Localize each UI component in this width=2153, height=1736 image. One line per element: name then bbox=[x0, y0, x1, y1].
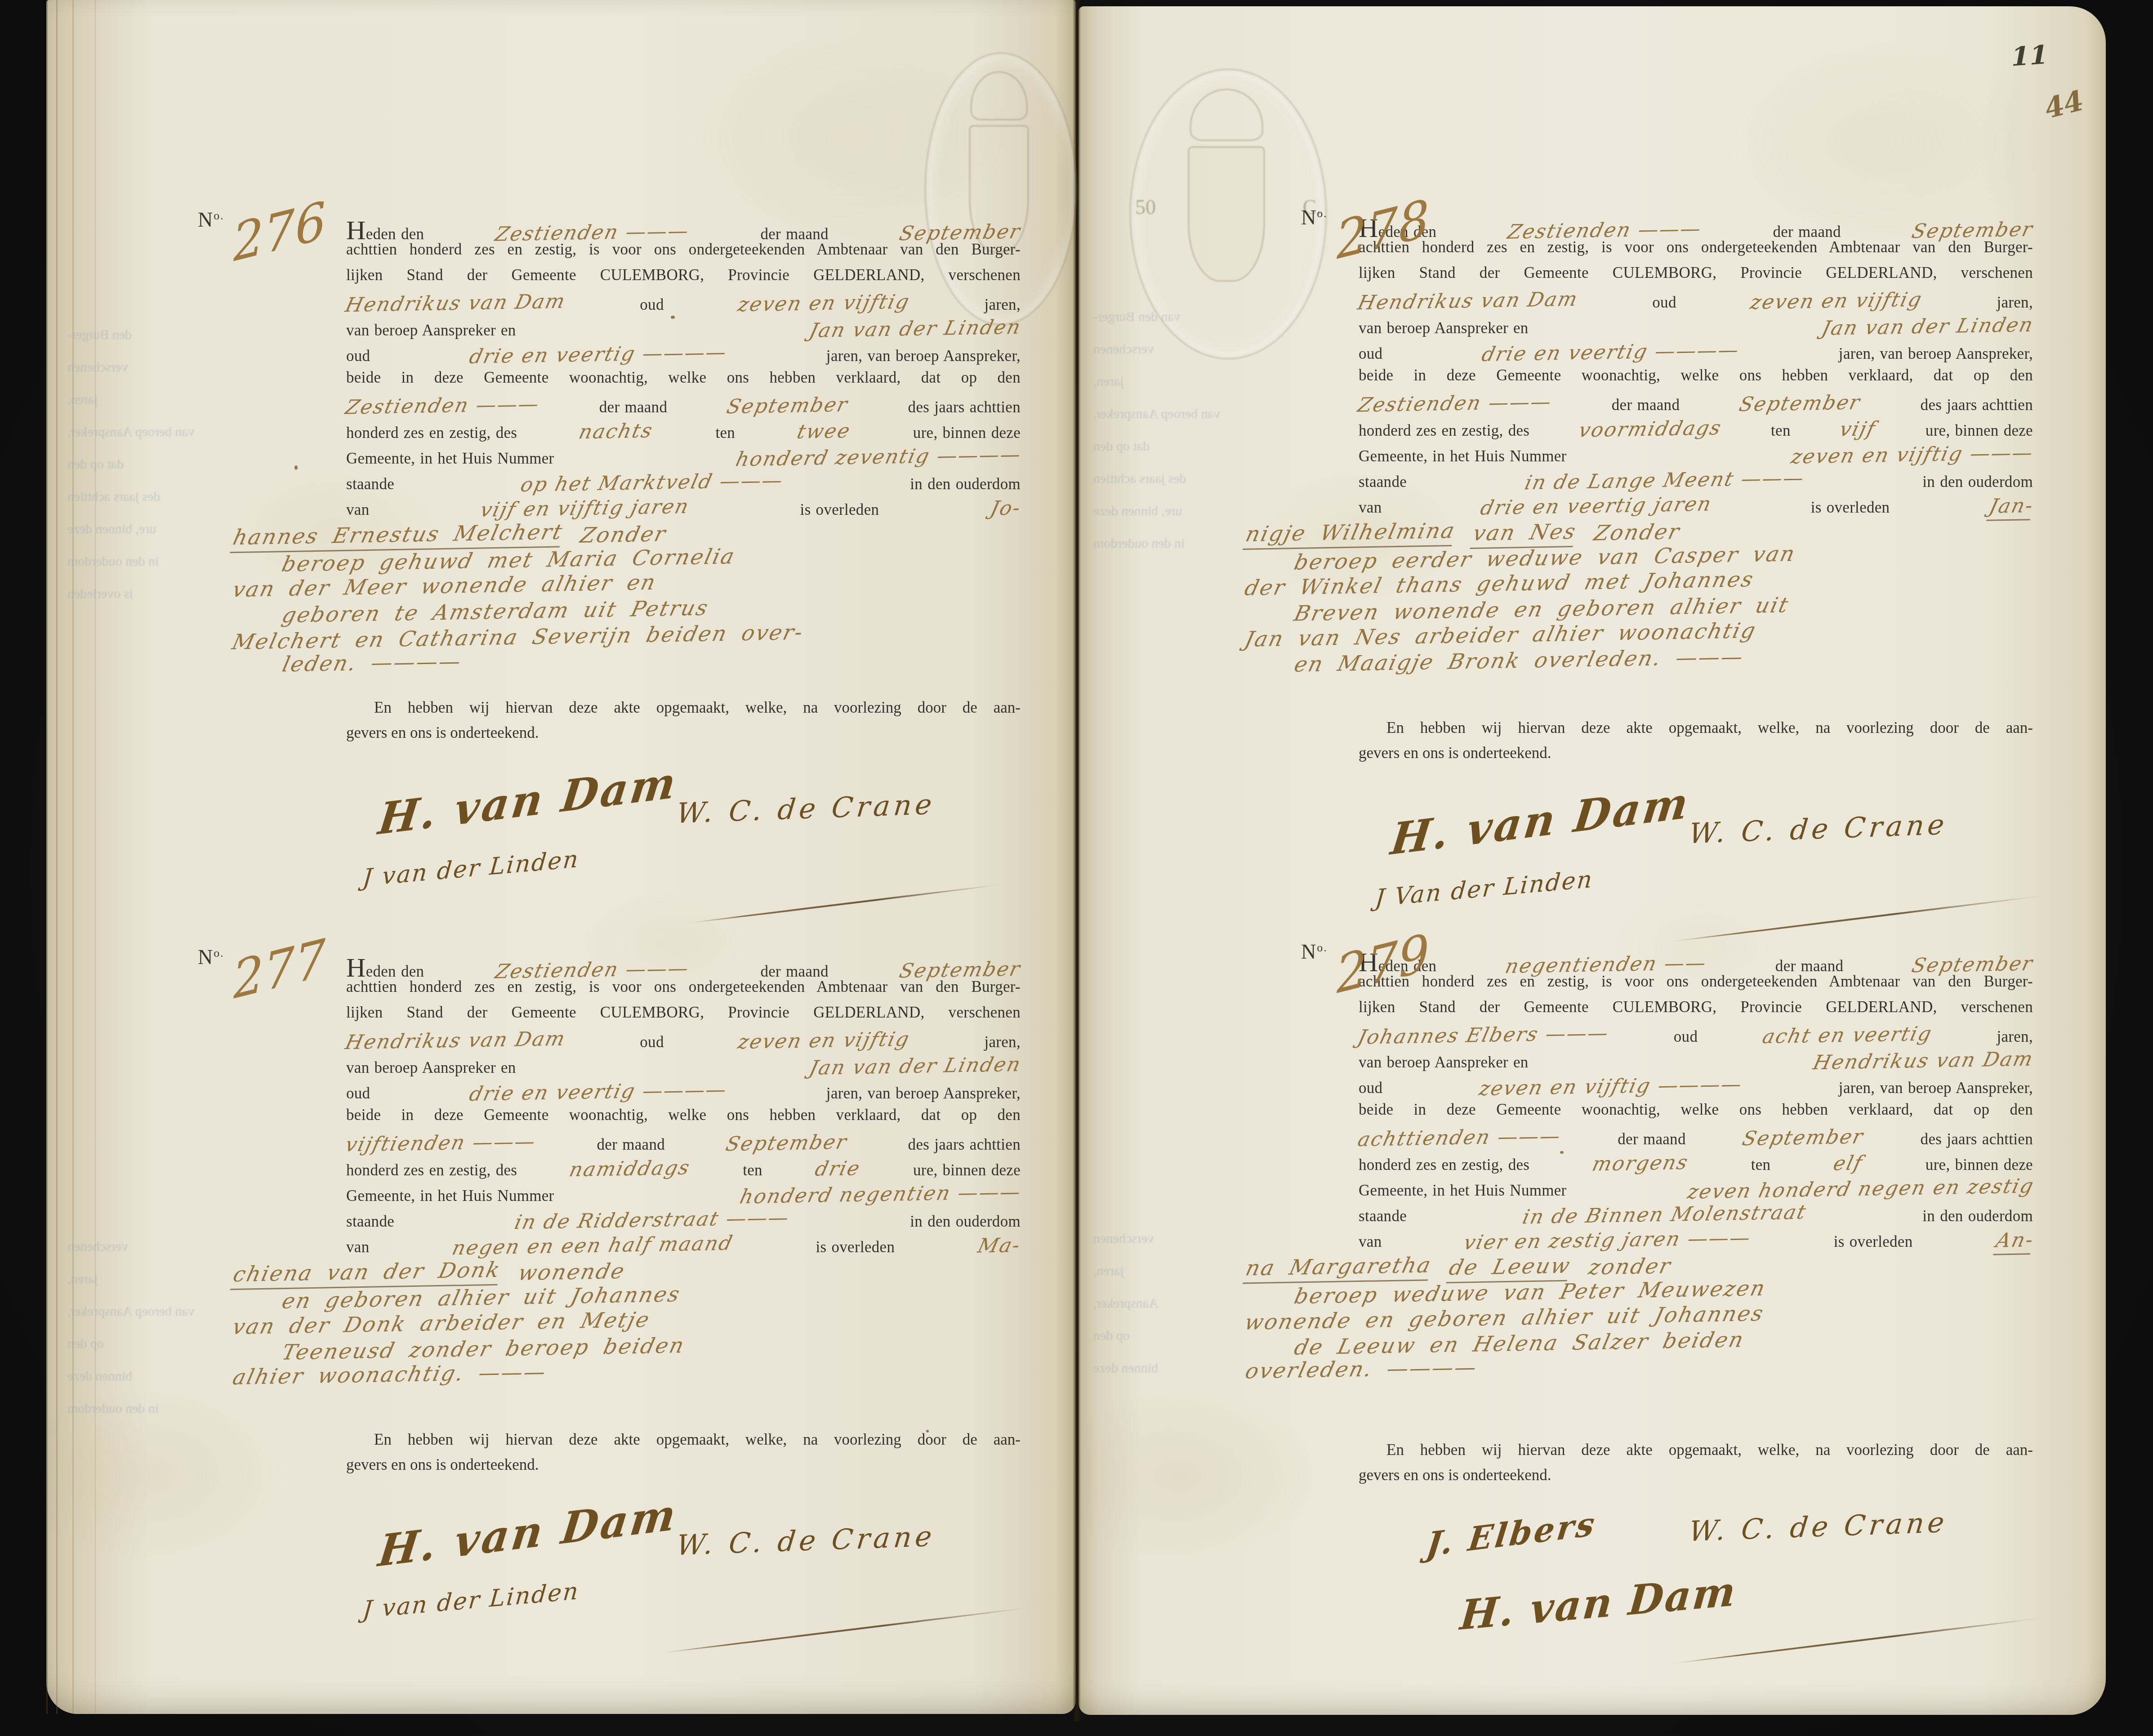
record-line: geboren te Amsterdam uit Petrus bbox=[283, 599, 1021, 625]
printed-text: is overleden bbox=[1811, 499, 1890, 517]
handwritten-text: zeven honderd negen en zestig bbox=[1685, 1174, 2037, 1203]
record-number-label: No. bbox=[1301, 940, 1328, 964]
record-line: Breven wonende en geboren alhier uit bbox=[1296, 597, 2033, 623]
handwritten-text: vijf bbox=[1837, 417, 1878, 441]
record-line: van beroep Aanspreker enJan van der Lind… bbox=[346, 1055, 1021, 1080]
printed-text: Gemeente, in het Huis Nummer bbox=[346, 450, 554, 468]
printed-text: staande bbox=[346, 1213, 394, 1231]
printed-text: lijken Stand der Gemeente CULEMBORG, Pro… bbox=[346, 1004, 1021, 1021]
record-line: staandein de Binnen Molenstraatin den ou… bbox=[1359, 1203, 2033, 1229]
printed-text: oud bbox=[1652, 294, 1676, 312]
record-line: lijken Stand der Gemeente CULEMBORG, Pro… bbox=[1359, 998, 2033, 1024]
record-line: na Margarethade Leeuwzonder bbox=[1246, 1254, 2033, 1280]
record-line: chiena van der Donkwonende bbox=[234, 1260, 1021, 1285]
record-line: Heden dennegentienden ——der maandSeptemb… bbox=[1359, 947, 2033, 973]
record-line: beroep weduwe van Peter Meuwezen bbox=[1296, 1280, 2033, 1306]
printed-text: beide in deze Gemeente woonachtig, welke… bbox=[1359, 366, 2033, 384]
record-line: honderd zes en zestig, desvoormiddagsten… bbox=[1359, 418, 2033, 443]
handwritten-text: drie bbox=[813, 1157, 863, 1181]
printed-text: oud bbox=[1359, 345, 1382, 363]
handwritten-text: zeven en vijftig bbox=[736, 1028, 913, 1054]
record-line: vanvier en zestig jaren ———is overledenA… bbox=[1359, 1229, 2033, 1254]
printed-text: jaren, bbox=[1997, 294, 2033, 312]
printed-text: der maand bbox=[1618, 1130, 1685, 1148]
signature: H. van Dam bbox=[376, 757, 681, 845]
record-line: vijftienden ———der maandSeptemberdes jaa… bbox=[346, 1132, 1021, 1157]
record-line: Teeneusd zonder beroep beiden bbox=[283, 1337, 1021, 1362]
record-line: beide in deze Gemeente woonachtig, welke… bbox=[1359, 366, 2033, 392]
ink-speck bbox=[926, 1430, 929, 1433]
printed-text: honderd zes en zestig, des bbox=[1359, 422, 1529, 440]
closing-line: gevers en ons is onderteekend. bbox=[346, 724, 1021, 749]
record-line: Johannes Elbers ———oudacht en veertigjar… bbox=[1359, 1024, 2033, 1049]
signature: W. C. de Crane bbox=[1687, 1506, 1949, 1548]
record-line: beide in deze Gemeente woonachtig, welke… bbox=[346, 369, 1021, 394]
printed-text: ten bbox=[1751, 1156, 1771, 1174]
handwritten-text: op het Marktveld ——— bbox=[518, 469, 786, 496]
handwritten-text: drie en veertig ———— bbox=[467, 341, 730, 368]
printed-text: staande bbox=[1359, 1207, 1407, 1225]
record-line: Melchert en Catharina Severijn beiden ov… bbox=[234, 625, 1021, 651]
printed-text: der maand bbox=[599, 398, 667, 416]
handwritten-text: de Leeuw bbox=[1446, 1254, 1574, 1284]
record-line: staandeop het Marktveld ———in den ouderd… bbox=[346, 471, 1021, 497]
record-line: Heden denZestienden ———der maandSeptembe… bbox=[1359, 213, 2033, 238]
printed-text: oud bbox=[640, 1033, 664, 1051]
printed-text: beide in deze Gemeente woonachtig, welke… bbox=[1359, 1101, 2033, 1118]
death-record-276: No.276Heden denZestienden ———der maandSe… bbox=[346, 215, 1021, 913]
printed-text: van beroep Aanspreker en bbox=[346, 1059, 516, 1077]
handwritten-text: nigje Wilhelmina bbox=[1243, 518, 1458, 550]
handwritten-text: van Nes bbox=[1470, 519, 1579, 549]
record-number: No.277 bbox=[198, 945, 328, 990]
handwritten-text: Hendrikus van Dam bbox=[343, 1027, 568, 1054]
handwritten-text: drie en veertig ———— bbox=[467, 1078, 730, 1106]
handwritten-text: negen en een half maand bbox=[450, 1232, 735, 1260]
record-body: Heden denZestienden ———der maandSeptembe… bbox=[1359, 213, 2033, 674]
record-line: van beroep Aanspreker enHendrikus van Da… bbox=[1359, 1049, 2033, 1075]
handwritten-text: zonder bbox=[1586, 1254, 1674, 1280]
printed-text: Gemeente, in het Huis Nummer bbox=[346, 1187, 554, 1205]
signature-block: J. ElbersH. van DamW. C. de Crane bbox=[1359, 1507, 2033, 1655]
handwritten-text: Hendrikus van Dam bbox=[343, 290, 568, 317]
printed-text: van beroep Aanspreker en bbox=[1359, 319, 1529, 337]
death-record-277: No.277Heden denZestienden ———der maandSe… bbox=[346, 952, 1021, 1645]
signature: H. van Dam bbox=[376, 1489, 681, 1577]
record-line: vanvijf en vijftig jarenis overledenJo- bbox=[346, 497, 1021, 522]
record-number-label: No. bbox=[1301, 205, 1328, 229]
handwritten-text: nachts bbox=[577, 419, 655, 444]
record-line: staandein de Lange Meent ———in den ouder… bbox=[1359, 469, 2033, 495]
handwritten-text: September bbox=[723, 1131, 849, 1156]
handwritten-text: Johannes Elbers ——— bbox=[1355, 1022, 1612, 1049]
handwritten-text: wonende bbox=[516, 1259, 628, 1285]
printed-text: lijken Stand der Gemeente CULEMBORG, Pro… bbox=[1359, 264, 2033, 281]
printed-text: van bbox=[1359, 1233, 1382, 1251]
handwritten-text: Zestienden ——— bbox=[1355, 390, 1554, 416]
printed-text: jaren, bbox=[984, 1033, 1021, 1051]
closing-line: gevers en ons is onderteekend. bbox=[346, 1456, 1021, 1481]
handwritten-text: September bbox=[725, 393, 851, 419]
signature: J van der Linden bbox=[361, 1578, 580, 1624]
record-line: Zestienden ———der maandSeptemberdes jaar… bbox=[346, 394, 1021, 420]
record-line: honderd zes en zestig, desnachtstentweeu… bbox=[346, 420, 1021, 446]
record-line: Gemeente, in het Huis Nummerhonderd nege… bbox=[346, 1183, 1021, 1209]
handwritten-text: Jan van der Linden bbox=[807, 316, 1024, 342]
handwritten-text: zeven en vijftig ———— bbox=[1476, 1073, 1744, 1100]
handwritten-text: Zestienden ——— bbox=[1505, 217, 1704, 243]
handwritten-text: honderd negentien ——— bbox=[738, 1181, 1024, 1209]
printed-text: lijken Stand der Gemeente CULEMBORG, Pro… bbox=[346, 266, 1021, 284]
printed-text: van beroep Aanspreker en bbox=[1359, 1053, 1529, 1071]
signature-block: H. van DamJ van der LindenW. C. de Crane bbox=[346, 1496, 1021, 1645]
closing-line: En hebben wij hiervan deze akte opgemaak… bbox=[1359, 1441, 2033, 1466]
handwritten-text: honderd zeventig ———— bbox=[733, 443, 1024, 471]
record-body: Heden denZestienden ———der maandSeptembe… bbox=[346, 215, 1021, 676]
handwritten-text: zeven en vijftig ——— bbox=[1789, 441, 2036, 468]
record-line: ouddrie en veertig ————jaren, van beroep… bbox=[1359, 341, 2033, 366]
handwritten-text: September bbox=[897, 220, 1023, 245]
signature: W. C. de Crane bbox=[675, 788, 937, 830]
handwritten-text: acht en veertig bbox=[1760, 1022, 1935, 1049]
closing-line: En hebben wij hiervan deze akte opgemaak… bbox=[1359, 719, 2033, 744]
record-number-label: No. bbox=[198, 945, 224, 969]
record-line: vannegen en een half maandis overledenMa… bbox=[346, 1234, 1021, 1260]
signature: W. C. de Crane bbox=[1687, 808, 1949, 850]
handwritten-text: negentienden —— bbox=[1503, 951, 1709, 978]
printed-text: ure, binnen deze bbox=[1926, 422, 2033, 440]
handwritten-text: in de Ridderstraat ——— bbox=[513, 1206, 792, 1234]
printed-text: staande bbox=[346, 475, 394, 493]
printed-text: jaren, van beroep Aanspreker, bbox=[1839, 1079, 2033, 1097]
handwritten-text: morgens bbox=[1590, 1151, 1691, 1176]
record-line: hannes Ernestus MelchertZonder bbox=[234, 522, 1021, 548]
ink-speck bbox=[294, 465, 298, 470]
record-number-label-sup: o. bbox=[214, 209, 224, 222]
handwritten-text: zeven en vijftig bbox=[736, 290, 913, 317]
ink-speck bbox=[1560, 1151, 1564, 1154]
folio-number: 11 bbox=[2008, 39, 2050, 72]
printed-text: van bbox=[346, 1238, 369, 1256]
handwritten-text: leden. ———— bbox=[280, 649, 464, 677]
printed-text: oud bbox=[346, 347, 370, 365]
printed-text: honderd zes en zestig, des bbox=[346, 424, 517, 442]
printed-text: in den ouderdom bbox=[1922, 1207, 2033, 1225]
handwritten-text: chiena van der Donk bbox=[230, 1258, 504, 1290]
handwritten-text: in de Lange Meent ——— bbox=[1522, 467, 1807, 495]
record-number-label-sup: o. bbox=[1317, 941, 1328, 954]
record-line: lijken Stand der Gemeente CULEMBORG, Pro… bbox=[346, 1004, 1021, 1029]
signature-block: H. van DamJ van der LindenW. C. de Crane bbox=[346, 764, 1021, 913]
scanned-register-spread: { "page": { "number": "11", "margin_mark… bbox=[0, 0, 2153, 1736]
record-line: Hendrikus van Damoudzeven en vijftigjare… bbox=[346, 1029, 1021, 1055]
record-line: Gemeente, in het Huis Nummerzeven honder… bbox=[1359, 1178, 2033, 1203]
record-line: en Maaigje Bronk overleden. ——— bbox=[1296, 648, 2033, 674]
record-line: Gemeente, in het Huis Nummerzeven en vij… bbox=[1359, 443, 2033, 469]
signature: H. van Dam bbox=[1458, 1567, 1738, 1640]
record-line: Gemeente, in het Huis Nummerhonderd zeve… bbox=[346, 446, 1021, 471]
ink-speck bbox=[671, 316, 675, 319]
printed-text: jaren, van beroep Aanspreker, bbox=[1839, 345, 2033, 363]
record-closing: En hebben wij hiervan deze akte opgemaak… bbox=[346, 699, 1021, 749]
handwritten-text: Zestienden ——— bbox=[493, 957, 691, 983]
record-line: Heden denZestienden ———der maandSeptembe… bbox=[346, 952, 1021, 978]
handwritten-text: zeven en vijftig bbox=[1748, 288, 1925, 314]
record-body: Heden dennegentienden ——der maandSeptemb… bbox=[1359, 947, 2033, 1383]
printed-text: is overleden bbox=[800, 501, 879, 519]
record-line: wonende en geboren alhier uit Johannes bbox=[1246, 1306, 2033, 1331]
record-line: ouddrie en veertig ————jaren, van beroep… bbox=[346, 1080, 1021, 1106]
record-closing: En hebben wij hiervan deze akte opgemaak… bbox=[1359, 719, 2033, 769]
record-line: beide in deze Gemeente woonachtig, welke… bbox=[346, 1106, 1021, 1132]
record-line: overleden. ———— bbox=[1246, 1357, 2033, 1383]
printed-text: in den ouderdom bbox=[1922, 473, 2033, 491]
printed-text: van bbox=[1359, 499, 1382, 517]
printed-text: is overleden bbox=[816, 1238, 895, 1256]
printed-text: ten bbox=[1771, 422, 1791, 440]
handwritten-text: September bbox=[1910, 218, 2036, 243]
printed-text: staande bbox=[1359, 473, 1407, 491]
handwritten-text: September bbox=[1737, 391, 1863, 416]
death-record-279: No.279Heden dennegentienden ——der maandS… bbox=[1359, 947, 2033, 1655]
record-line: honderd zes en zestig, desmorgenstenelfu… bbox=[1359, 1152, 2033, 1178]
record-line: lijken Stand der Gemeente CULEMBORG, Pro… bbox=[1359, 264, 2033, 290]
record-line: nigje Wilhelminavan NesZonder bbox=[1246, 520, 2033, 546]
record-line: van beroep Aanspreker enJan van der Lind… bbox=[346, 317, 1021, 343]
printed-text: des jaars achttien bbox=[1921, 1130, 2033, 1148]
handwritten-text: drie en veertig ———— bbox=[1480, 339, 1742, 366]
record-line: staandein de Ridderstraat ———in den oude… bbox=[346, 1209, 1021, 1234]
handwritten-text: Ma- bbox=[976, 1234, 1023, 1258]
handwritten-text: September bbox=[1910, 952, 2036, 977]
handwritten-text: September bbox=[897, 958, 1023, 983]
handwritten-text: Zestienden ——— bbox=[493, 219, 691, 245]
signature: W. C. de Crane bbox=[675, 1520, 937, 1562]
handwritten-text: vijf en vijftig jaren bbox=[478, 495, 692, 522]
record-line: vandrie en veertig jarenis overledenJan- bbox=[1359, 495, 2033, 520]
signature: J. Elbers bbox=[1424, 1504, 1599, 1564]
printed-text: oud bbox=[1674, 1028, 1698, 1046]
printed-text: ure, binnen deze bbox=[913, 424, 1021, 442]
printed-text: der maand bbox=[597, 1136, 665, 1154]
record-line: achttienden ———der maandSeptemberdes jaa… bbox=[1359, 1126, 2033, 1152]
handwritten-text: achttienden ——— bbox=[1355, 1125, 1564, 1151]
handwritten-text: An- bbox=[1993, 1228, 2036, 1255]
printed-text: des jaars achttien bbox=[908, 398, 1021, 416]
handwritten-text: elf bbox=[1831, 1151, 1865, 1175]
printed-text: jaren, van beroep Aanspreker, bbox=[826, 347, 1021, 365]
record-line: lijken Stand der Gemeente CULEMBORG, Pro… bbox=[346, 266, 1021, 292]
printed-text: der maand bbox=[1612, 396, 1680, 414]
printed-text: des jaars achttien bbox=[1921, 396, 2033, 414]
record-line: van der Meer wonende alhier en bbox=[234, 574, 1021, 599]
record-number-label-sup: o. bbox=[1317, 207, 1328, 220]
handwritten-text: Jan van der Linden bbox=[1819, 313, 2036, 340]
handwritten-text: Hendrikus van Dam bbox=[1355, 288, 1581, 314]
printed-text: beide in deze Gemeente woonachtig, welke… bbox=[346, 369, 1021, 386]
printed-text: lijken Stand der Gemeente CULEMBORG, Pro… bbox=[1359, 998, 2033, 1016]
printed-text: oud bbox=[1359, 1079, 1382, 1097]
handwritten-text: twee bbox=[795, 419, 853, 443]
record-number: No.278 bbox=[1301, 205, 1431, 250]
printed-text: is overleden bbox=[1834, 1233, 1913, 1251]
printed-text: ten bbox=[715, 424, 735, 442]
closing-line: En hebben wij hiervan deze akte opgemaak… bbox=[346, 699, 1021, 724]
record-line: de Leeuw en Helena Salzer beiden bbox=[1296, 1331, 2033, 1357]
printed-text: in den ouderdom bbox=[910, 475, 1021, 493]
record-number-label-sup: o. bbox=[214, 946, 224, 959]
closing-line: En hebben wij hiervan deze akte opgemaak… bbox=[346, 1431, 1021, 1456]
printed-text: Gemeente, in het Huis Nummer bbox=[1359, 447, 1567, 465]
printed-text: ten bbox=[743, 1161, 762, 1179]
printed-text: jaren, van beroep Aanspreker, bbox=[826, 1084, 1021, 1102]
record-closing: En hebben wij hiervan deze akte opgemaak… bbox=[346, 1431, 1021, 1481]
handwritten-text: na Margaretha bbox=[1243, 1253, 1435, 1284]
record-line: van der Donk arbeider en Metje bbox=[234, 1311, 1021, 1337]
handwritten-text: alhier woonachtig. ——— bbox=[230, 1360, 549, 1390]
death-record-278: No.278Heden denZestienden ———der maandSe… bbox=[1359, 213, 2033, 933]
printed-text: ure, binnen deze bbox=[1926, 1156, 2033, 1174]
handwritten-text: Jan van der Linden bbox=[807, 1053, 1024, 1080]
record-line: oudzeven en vijftig ————jaren, van beroe… bbox=[1359, 1075, 2033, 1101]
record-line: beide in deze Gemeente woonachtig, welke… bbox=[1359, 1101, 2033, 1126]
printed-text: beide in deze Gemeente woonachtig, welke… bbox=[346, 1106, 1021, 1124]
printed-text: oud bbox=[640, 296, 664, 314]
handwritten-text: namiddags bbox=[567, 1156, 693, 1182]
record-line: Hendrikus van Damoudzeven en vijftigjare… bbox=[1359, 290, 2033, 315]
handwritten-text: Zonder bbox=[578, 522, 669, 548]
closing-line: gevers en ons is onderteekend. bbox=[1359, 744, 2033, 769]
printed-text: ure, binnen deze bbox=[913, 1161, 1021, 1179]
record-line: leden. ———— bbox=[283, 651, 1021, 676]
handwritten-text: vier en zestig jaren ——— bbox=[1462, 1226, 1754, 1254]
printed-text: jaren, bbox=[1997, 1028, 2033, 1046]
record-line: Hendrikus van Damoudzeven en vijftigjare… bbox=[346, 292, 1021, 317]
record-line: Jan van Nes arbeider alhier woonachtig bbox=[1246, 623, 2033, 648]
record-line: Zestienden ———der maandSeptemberdes jaar… bbox=[1359, 392, 2033, 418]
printed-text: in den ouderdom bbox=[910, 1213, 1021, 1231]
printed-text: van bbox=[346, 501, 369, 519]
printed-text: honderd zes en zestig, des bbox=[1359, 1156, 1529, 1174]
handwritten-text: voormiddags bbox=[1576, 416, 1724, 442]
record-number-label: No. bbox=[198, 208, 224, 232]
printed-text: Gemeente, in het Huis Nummer bbox=[1359, 1182, 1567, 1200]
handwritten-text: September bbox=[1740, 1125, 1866, 1151]
page-stack-edges bbox=[46, 0, 114, 1714]
printed-text: honderd zes en zestig, des bbox=[346, 1161, 517, 1179]
handwritten-text: Zonder bbox=[1591, 519, 1683, 545]
record-closing: En hebben wij hiervan deze akte opgemaak… bbox=[1359, 1441, 2033, 1491]
record-line: van beroep Aanspreker enJan van der Lind… bbox=[1359, 315, 2033, 341]
record-line: der Winkel thans gehuwd met Johannes bbox=[1246, 571, 2033, 597]
handwritten-text: Teeneusd zonder beroep beiden bbox=[280, 1333, 688, 1365]
record-body: Heden denZestienden ———der maandSeptembe… bbox=[346, 952, 1021, 1388]
handwritten-text: Jo- bbox=[988, 496, 1023, 520]
record-line: alhier woonachtig. ——— bbox=[234, 1362, 1021, 1388]
signature: H. van Dam bbox=[1388, 777, 1693, 865]
printed-text: van beroep Aanspreker en bbox=[346, 321, 516, 339]
handwritten-text: vijftienden ——— bbox=[343, 1130, 539, 1156]
record-line: ouddrie en veertig ————jaren, van beroep… bbox=[346, 343, 1021, 369]
record-line: honderd zes en zestig, desnamiddagstendr… bbox=[346, 1157, 1021, 1183]
signature: J Van der Linden bbox=[1374, 866, 1594, 912]
book-gutter bbox=[1073, 0, 1081, 1721]
handwritten-text: drie en veertig jaren bbox=[1478, 493, 1714, 520]
handwritten-text: Zestienden ——— bbox=[343, 393, 542, 419]
handwritten-text: Hendrikus van Dam bbox=[1811, 1048, 2036, 1074]
record-number: No.279 bbox=[1301, 940, 1431, 985]
handwritten-text: Jan- bbox=[1986, 494, 2036, 521]
handwritten-text: overleden. ———— bbox=[1243, 1355, 1480, 1384]
printed-text: des jaars achttien bbox=[908, 1136, 1021, 1154]
record-line: beroep eerder weduwe van Casper van bbox=[1296, 546, 2033, 571]
handwritten-text: in de Binnen Molenstraat bbox=[1520, 1201, 1809, 1229]
printed-text: jaren, bbox=[984, 296, 1021, 314]
signature: J van der Linden bbox=[361, 846, 580, 892]
signature-block: H. van DamJ Van der LindenW. C. de Crane bbox=[1359, 785, 2033, 933]
printed-text: oud bbox=[346, 1084, 370, 1102]
record-number: No.276 bbox=[198, 208, 328, 253]
record-line: Heden denZestienden ———der maandSeptembe… bbox=[346, 215, 1021, 241]
closing-line: gevers en ons is onderteekend. bbox=[1359, 1466, 2033, 1491]
